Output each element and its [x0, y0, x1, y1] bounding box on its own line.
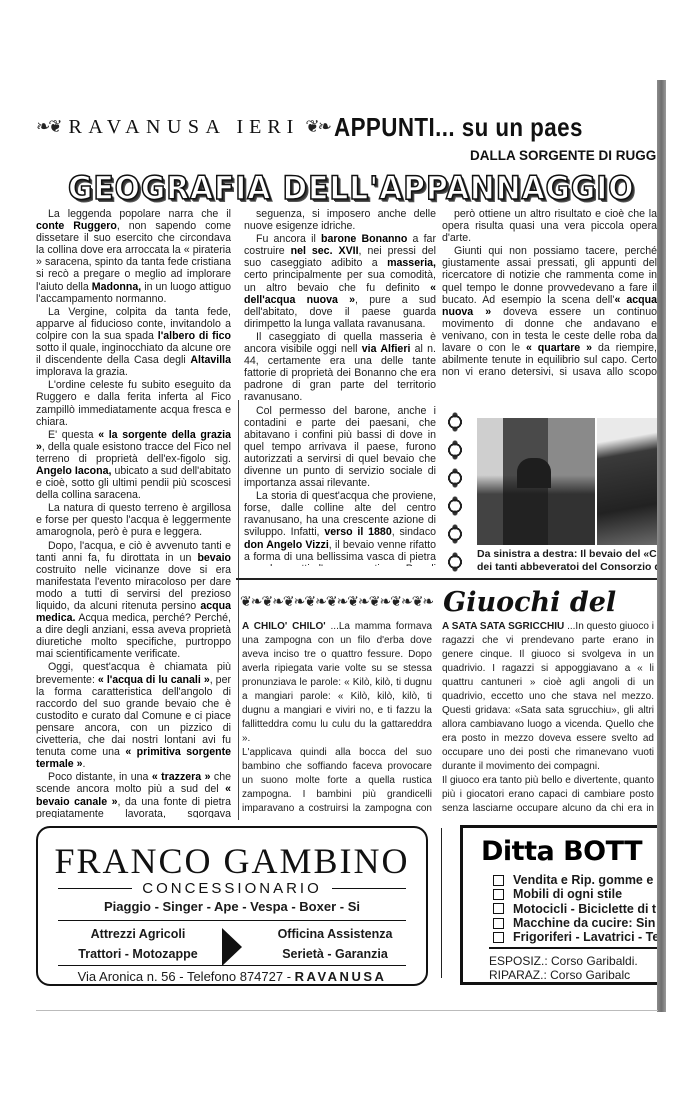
ad-address-text: Via Aronica n. 56 - Telefono 874727 - — [78, 969, 295, 984]
ad-list-item: Macchine da cucire: Sin — [493, 916, 657, 930]
photo-strip — [477, 418, 657, 545]
arrow-right-icon — [222, 928, 242, 966]
column-divider — [238, 580, 239, 820]
page-headline: APPUNTI... su un paes — [334, 112, 583, 142]
floral-ornament-icon: ❧❦ — [36, 117, 61, 137]
photo-bevaio-canale — [477, 418, 595, 545]
paragraph: Oggi, quest'acqua è chiamata più breveme… — [36, 661, 231, 770]
article-column-2: seguenza, si imposero anche delle nuove … — [244, 208, 436, 566]
checkbox-square-icon — [493, 875, 504, 886]
games-column-1: A CHILO' CHILO' ...La mamma formava una … — [242, 620, 432, 816]
ad-service-line: Trattori - Motozappe — [68, 944, 208, 964]
floral-border-ornament-icon: ❦❧❦❧❦❧❦❧❦❧❦❧❦❧❦❧❦❧ — [240, 594, 433, 610]
paragraph: E' questa « la sorgente della grazia », … — [36, 429, 231, 502]
paragraph: Fu ancora il barone Bonanno a far costru… — [244, 233, 436, 330]
rule — [58, 965, 406, 966]
checkbox-square-icon — [493, 889, 504, 900]
ad-item-label: Macchine da cucire: Sin — [513, 916, 655, 930]
paragraph: Poco distante, in una « trazzera » che s… — [36, 771, 231, 818]
ad-service-line: Attrezzi Agricoli — [68, 924, 208, 944]
checkbox-square-icon — [493, 903, 504, 914]
ad-town: RAVANUSA — [295, 969, 387, 984]
ad-business-name: FRANCO GAMBINO — [38, 840, 426, 882]
advertisement-franco-gambino: FRANCO GAMBINO CONCESSIONARIO Piaggio - … — [36, 826, 428, 986]
photo-caption: Da sinistra a destra: Il bevaio del «Can… — [477, 548, 657, 573]
ad-address: Via Aronica n. 56 - Telefono 874727 - RA… — [38, 969, 426, 984]
paragraph: Col permesso del barone, anche i contadi… — [244, 405, 436, 490]
checkbox-square-icon — [493, 918, 504, 929]
ad-item-list: Vendita e Rip. gomme e Mobili di ogni st… — [493, 873, 657, 944]
checkbox-square-icon — [493, 932, 504, 943]
section-label-ieri: IERI — [236, 116, 299, 139]
advertisement-ditta-bott: Ditta BOTT Vendita e Rip. gomme e Mobili… — [460, 825, 657, 985]
games-column-2: A SATA SATA SGRICCHIU ...In questo giuoc… — [442, 620, 654, 816]
ad-list-item: Mobili di ogni stile — [493, 887, 657, 901]
paragraph: L'ordine celeste fu subito eseguito da R… — [36, 379, 231, 427]
ad-services-left: Attrezzi Agricoli Trattori - Motozappe — [68, 924, 208, 964]
ad-business-name: Ditta BOTT — [481, 836, 642, 867]
ad-subtitle-row: CONCESSIONARIO — [58, 880, 406, 897]
column-divider — [441, 828, 442, 978]
paragraph: La natura di questo terreno è argillosa … — [36, 502, 231, 538]
ad-address: ESPOSIZ.: Corso Garibaldi. RIPARAZ.: Cor… — [489, 954, 638, 982]
paragraph: Il caseggiato di quella masseria è ancor… — [244, 331, 436, 404]
paragraph: La storia di quest'acqua che proviene, f… — [244, 490, 436, 566]
ad-item-label: Mobili di ogni stile — [513, 887, 622, 901]
ad-list-item: Frigoriferi - Lavatrici - Te — [493, 930, 657, 944]
photo-caption-line-2: dei tanti abbeveratoi del Consorzio del … — [477, 561, 657, 574]
floral-ornament-icon: ❦❧ — [305, 117, 330, 137]
ad-list-item: Motocicli - Biciclette di t — [493, 902, 657, 916]
ad-service-line: Officina Assistenza — [260, 924, 410, 944]
games-title: Giuochi del — [443, 587, 616, 618]
ad-address-line: ESPOSIZ.: Corso Garibaldi. — [489, 954, 638, 968]
rule — [489, 947, 657, 949]
ad-item-label: Vendita e Rip. gomme e — [513, 873, 653, 887]
ad-item-label: Motocicli - Biciclette di t — [513, 902, 656, 916]
paragraph: La leggenda popolare narra che il conte … — [36, 208, 231, 305]
article-title-row: GEOGRAFIA DELL'APPANNAGGIO — [36, 168, 658, 208]
ad-item-label: Frigoriferi - Lavatrici - Te — [513, 930, 657, 944]
page-bottom-edge — [36, 1010, 658, 1011]
article-title: GEOGRAFIA DELL'APPANNAGGIO — [68, 169, 635, 207]
section-divider — [236, 578, 657, 580]
games-header: ❦❧❦❧❦❧❦❧❦❧❦❧❦❧❦❧❦❧ Giuochi del — [240, 586, 657, 618]
ad-list-item: Vendita e Rip. gomme e — [493, 873, 657, 887]
rule — [332, 888, 406, 889]
photo-caption-line-1: Da sinistra a destra: Il bevaio del «Can… — [477, 548, 657, 561]
article-column-1: La leggenda popolare narra che il conte … — [36, 208, 231, 818]
rule — [58, 920, 406, 921]
page-edge-shadow — [657, 80, 666, 1012]
ad-service-line: Serietà - Garanzia — [260, 944, 410, 964]
ad-services-right: Officina Assistenza Serietà - Garanzia — [260, 924, 410, 964]
ad-brands: Piaggio - Singer - Ape - Vespa - Boxer -… — [38, 899, 426, 914]
rule — [58, 888, 132, 889]
paragraph: seguenza, si imposero anche delle nuove … — [244, 208, 436, 232]
ad-subtitle: CONCESSIONARIO — [142, 880, 322, 897]
page-header: ❧❦ RAVANUSA IERI ❦❧ APPUNTI... su un pae… — [36, 112, 658, 142]
paragraph: però ottiene un altro risultato e cioè c… — [442, 208, 657, 244]
article-column-3: però ottiene un altro risultato e cioè c… — [442, 208, 657, 376]
paragraph: Giunti qui non possiamo tacere, perché g… — [442, 245, 657, 376]
ad-address-line: RIPARAZ.: Corso Garibalc — [489, 968, 638, 982]
section-label: RAVANUSA — [69, 116, 227, 139]
paragraph: La Vergine, colpita da tanta fede, appar… — [36, 306, 231, 379]
page-subheadline: DALLA SORGENTE DI RUGG — [470, 148, 658, 163]
arabesque-border-ornament-icon — [441, 408, 469, 574]
paragraph: Dopo, l'acqua, e ciò è avvenuto tanti e … — [36, 540, 231, 661]
photo-abbeveratoio — [597, 418, 657, 545]
